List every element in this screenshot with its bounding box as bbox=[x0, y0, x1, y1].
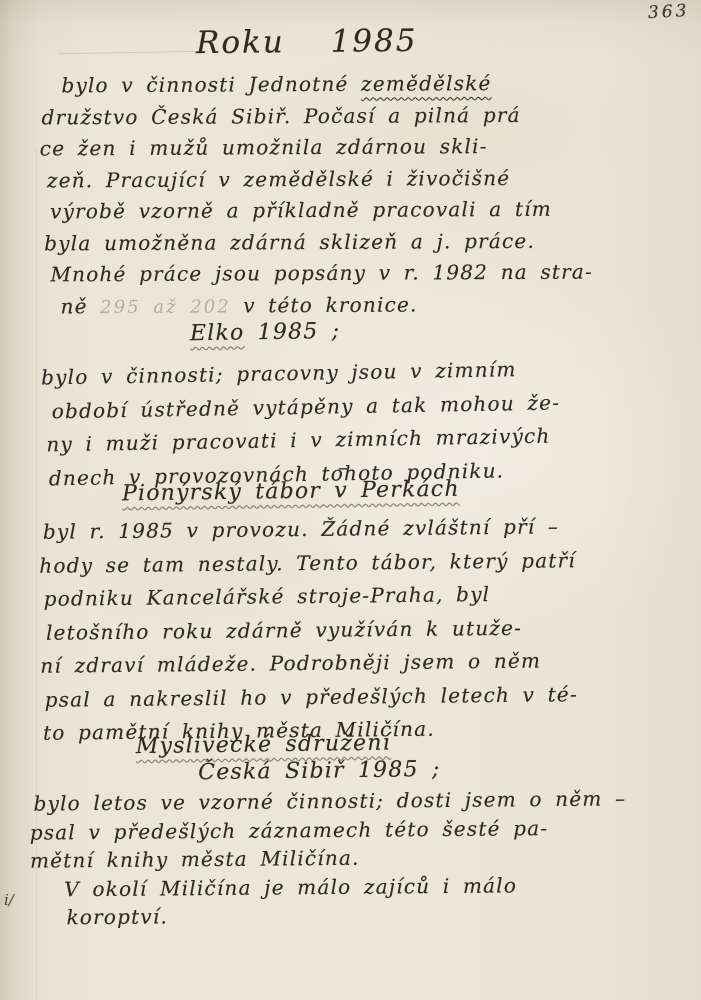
handwritten-line: hody se tam nestaly. Tento tábor, který … bbox=[39, 544, 576, 583]
handwritten-line: ní zdraví mládeže. Podrobněji jsem o něm bbox=[40, 644, 577, 683]
handwritten-line: bylo v činnosti Jednotné zemědělské bbox=[61, 68, 592, 102]
heading-text: Pionýrský tábor v Perkách bbox=[122, 477, 460, 507]
heading-pionyrsky-tabor: Pionýrský tábor v Perkách bbox=[122, 477, 460, 507]
paragraph-jzd: bylo v činnosti Jednotné zemědělské druž… bbox=[39, 68, 593, 323]
paragraph-elko: bylo v činnosti; pracovny jsou v zimním … bbox=[35, 352, 562, 495]
handwritten-line: letošního roku zdárně využíván k utuže- bbox=[46, 611, 577, 650]
heading-elko: Elko 1985 ; bbox=[190, 319, 341, 347]
section-divider-dash: – bbox=[338, 455, 349, 479]
page-title: Roku 1985 bbox=[196, 23, 418, 61]
paragraph-tabor: byl r. 1985 v provozu. Žádné zvláštní př… bbox=[35, 510, 579, 750]
line-text: bylo v činnosti Jednotné bbox=[61, 72, 361, 98]
margin-mark: i/ bbox=[4, 891, 14, 909]
handwritten-line: byl r. 1985 v provozu. Žádné zvláštní př… bbox=[43, 510, 576, 549]
paragraph-myslivci: bylo letos ve vzorné činnosti; dosti jse… bbox=[29, 784, 627, 932]
handwritten-line: podniku Kancelářské stroje-Praha, byl bbox=[43, 577, 576, 616]
handwritten-line: ně 295 až 202 v této kronice. bbox=[60, 288, 593, 322]
handwritten-line: bylo letos ve vzorné činnosti; dosti jse… bbox=[33, 784, 626, 818]
handwritten-line: psal v předešlých záznamech této šesté p… bbox=[30, 813, 627, 847]
title-pencil-rule bbox=[58, 51, 206, 55]
page-number: 363 bbox=[647, 1, 689, 23]
heading-text: Myslivecké sdružení bbox=[136, 731, 391, 760]
handwritten-line: zeň. Pracující v zemědělské i živočišné bbox=[47, 162, 593, 196]
heading-year: 1985 ; bbox=[244, 319, 340, 346]
pencil-page-range: 295 až 202 bbox=[100, 296, 230, 318]
underlined-word: zemědělské bbox=[361, 71, 492, 96]
heading-myslivecke-sdruzeni: Myslivecké sdružení Česká Sibiř 1985 ; bbox=[136, 729, 441, 787]
handwritten-line: Mnohé práce jsou popsány v r. 1982 na st… bbox=[50, 257, 593, 291]
heading-line: Myslivecké sdružení bbox=[136, 729, 441, 760]
handwritten-line: družstvo Česká Sibiř. Počasí a pilná prá bbox=[42, 99, 593, 133]
line-text: ně bbox=[61, 294, 101, 318]
handwritten-line: byla umožněna zdárná sklizeň a j. práce. bbox=[44, 225, 593, 259]
handwritten-line: koroptví. bbox=[66, 898, 627, 931]
handwritten-line: ce žen i mužů umožnila zdárnou skli- bbox=[40, 131, 593, 165]
heading-word: Elko bbox=[190, 320, 245, 346]
chronicle-page-scan: 363 Roku 1985 bylo v činnosti Jednotné z… bbox=[0, 0, 701, 1000]
handwritten-line: výrobě vzorně a příkladně pracovali a tí… bbox=[50, 194, 593, 228]
handwritten-line: psal a nakreslil ho v předešlých letech … bbox=[45, 678, 578, 717]
line-text: v této kronice. bbox=[231, 292, 418, 317]
heading-line: Česká Sibiř 1985 ; bbox=[198, 756, 441, 786]
